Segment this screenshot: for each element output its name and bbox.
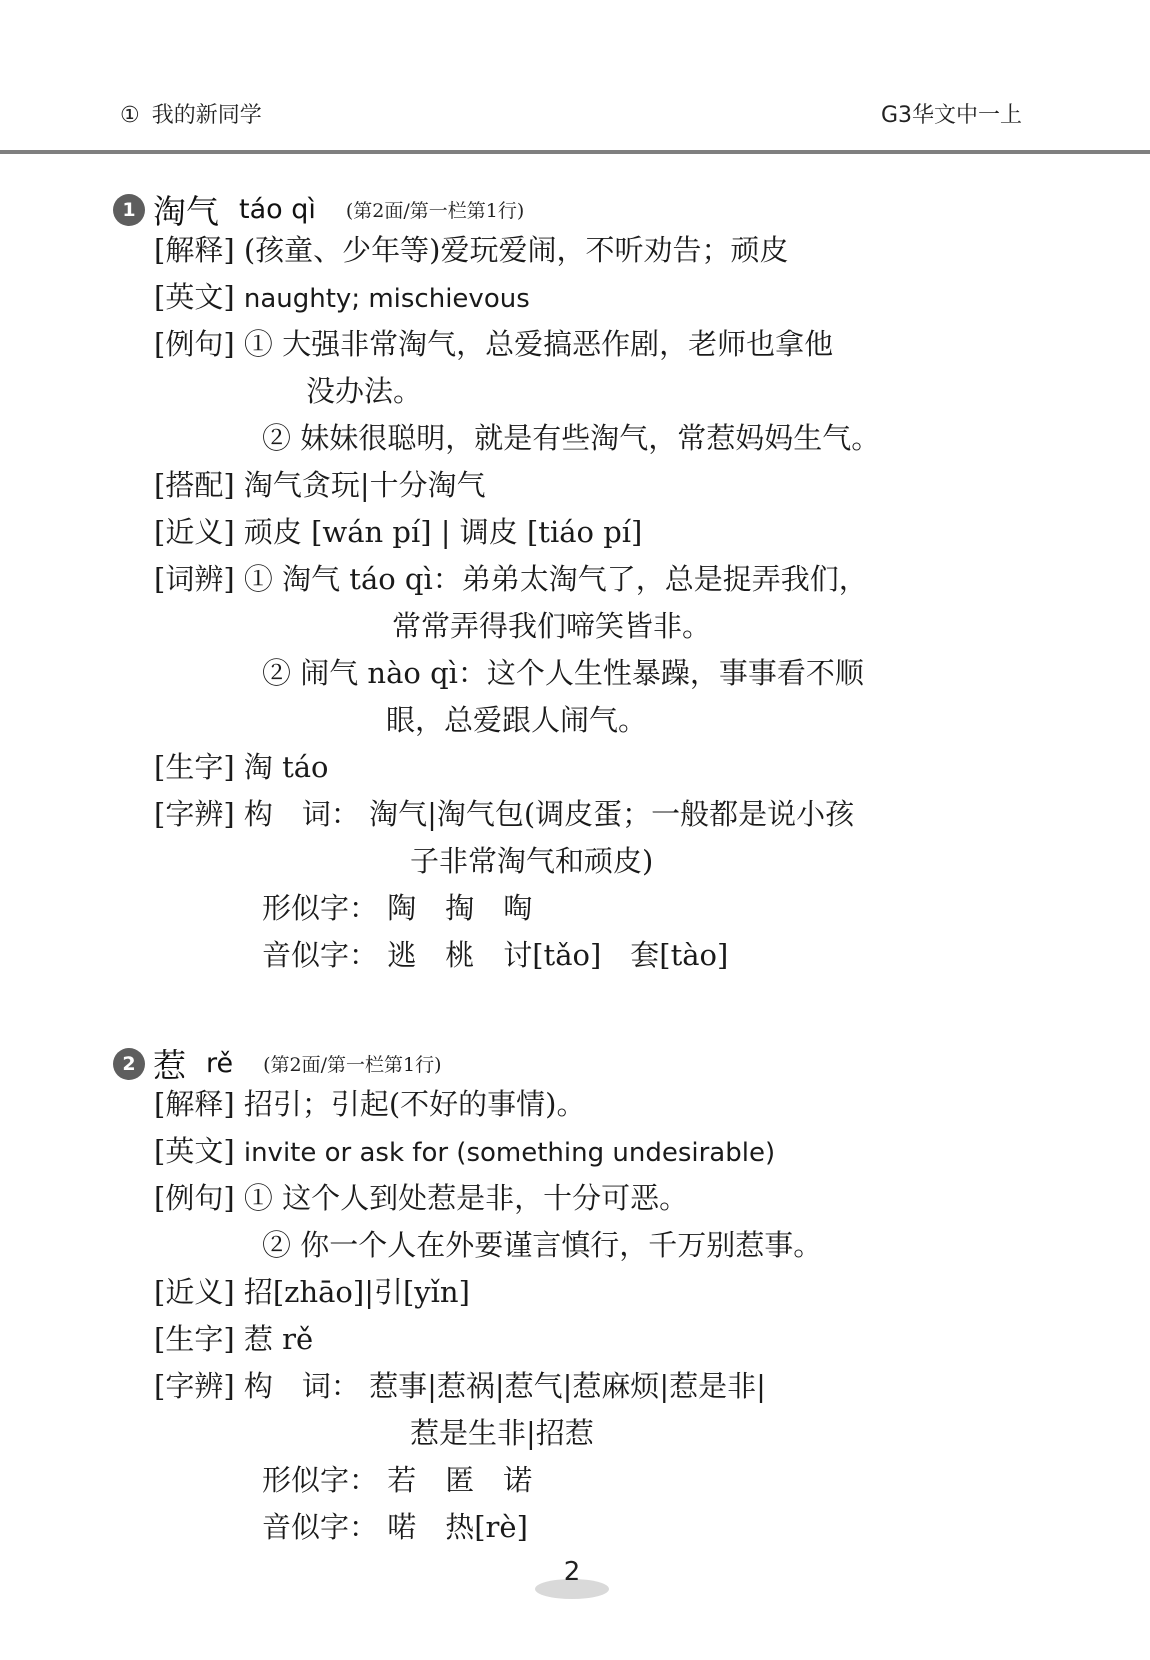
english-label: [英文] (154, 1137, 235, 1166)
new-char-row: [生字] 淘 táo (154, 753, 328, 782)
page-number: 2 (555, 1557, 589, 1587)
word-building-text: 淘气|淘气包(调皮蛋；一般都是说小孩 (369, 797, 854, 831)
similar-form-label: 形似字： (262, 1463, 378, 1497)
similar-form-text: 陶 掏 啕 (387, 891, 532, 925)
similar-sound-row: 音似字： 逃 桃 讨[tǎo] 套[tào] (262, 941, 728, 970)
example-sentence: ① 这个人到处惹是非，十分可恶。 (244, 1181, 688, 1215)
examples-row: [例句] ① 这个人到处惹是非，十分可恶。 (154, 1184, 688, 1213)
word-building-label: 构 词： (244, 1369, 360, 1403)
char-analysis-label: [字辨] (154, 1372, 235, 1401)
synonyms-row: [近义] 顽皮 [wán pí] | 调皮 [tiáo pí] (154, 518, 642, 547)
distinction-text-continued: 眼，总爱跟人闹气。 (386, 706, 647, 735)
char-analysis-row: [字辨] 构 词： 淘气|淘气包(调皮蛋；一般都是说小孩 (154, 800, 854, 829)
distinction-label: [词辨] (154, 565, 235, 594)
definition-row: [解释] (孩童、少年等)爱玩爱闹，不听劝告；顽皮 (154, 236, 789, 265)
english-text: invite or ask for (something undesirable… (244, 1138, 775, 1168)
entry-number-badge: 2 (113, 1048, 145, 1080)
synonyms-text: 招[zhāo]|引[yǐn] (244, 1275, 470, 1309)
example-sentence: ② 你一个人在外要谨言慎行，千万别惹事。 (262, 1231, 822, 1260)
new-char-row: [生字] 惹 rě (154, 1325, 313, 1354)
similar-form-row: 形似字： 陶 掏 啕 (262, 894, 532, 923)
word-building-label: 构 词： (244, 797, 360, 831)
char-analysis-label: [字辨] (154, 800, 235, 829)
entry-number-badge: 1 (113, 194, 145, 226)
collocation-text: 淘气贪玩|十分淘气 (244, 468, 486, 502)
lesson-number: ① (120, 103, 140, 128)
examples-label: [例句] (154, 1184, 235, 1213)
lesson-title: 我的新同学 (152, 103, 262, 128)
distinction-text: ② 闹气 nào qì：这个人生性暴躁，事事看不顺 (262, 659, 864, 688)
similar-sound-label: 音似字： (262, 1510, 378, 1544)
examples-label: [例句] (154, 330, 235, 359)
entry-word: 淘气 (153, 186, 219, 233)
english-text: naughty; mischievous (244, 284, 530, 314)
definition-row: [解释] 招引；引起(不好的事情)。 (154, 1090, 586, 1119)
similar-form-text: 若 匿 诺 (387, 1463, 532, 1497)
entry-reference: (第2面/第一栏第1行) (263, 1050, 441, 1077)
example-sentence: ② 妹妹很聪明，就是有些淘气，常惹妈妈生气。 (262, 424, 880, 453)
word-building-text-continued: 惹是生非|招惹 (410, 1419, 594, 1448)
synonyms-label: [近义] (154, 518, 235, 547)
new-char-label: [生字] (154, 1325, 235, 1354)
english-row: [英文] invite or ask for (something undesi… (154, 1137, 775, 1166)
collocation-row: [搭配] 淘气贪玩|十分淘气 (154, 471, 486, 500)
definition-label: [解释] (154, 236, 235, 265)
synonyms-label: [近义] (154, 1278, 235, 1307)
distinction-text-continued: 常常弄得我们啼笑皆非。 (392, 612, 711, 641)
entry-title: 2 惹 rě (第2面/第一栏第1行) (113, 1040, 442, 1087)
lesson-header: ①我的新同学 (120, 98, 262, 129)
entry-word: 惹 (153, 1040, 186, 1087)
similar-form-label: 形似字： (262, 891, 378, 925)
definition-text: 招引；引起(不好的事情)。 (244, 1087, 586, 1121)
example-sentence-continued: 没办法。 (306, 377, 422, 406)
english-row: [英文] naughty; mischievous (154, 283, 530, 312)
collocation-label: [搭配] (154, 471, 235, 500)
definition-text: (孩童、少年等)爱玩爱闹，不听劝告；顽皮 (244, 233, 789, 267)
definition-label: [解释] (154, 1090, 235, 1119)
entry-reference: (第2面/第一栏第1行) (346, 196, 524, 223)
examples-row: [例句] ① 大强非常淘气，总爱搞恶作剧，老师也拿他 (154, 330, 833, 359)
similar-form-row: 形似字： 若 匿 诺 (262, 1466, 532, 1495)
distinction-row: [词辨] ① 淘气 táo qì：弟弟太淘气了，总是捉弄我们， (154, 565, 868, 594)
similar-sound-text: 喏 热[rè] (387, 1510, 528, 1544)
header-divider (0, 150, 1150, 154)
synonyms-text: 顽皮 [wán pí] | 调皮 [tiáo pí] (244, 515, 642, 549)
similar-sound-text: 逃 桃 讨[tǎo] 套[tào] (387, 938, 728, 972)
similar-sound-row: 音似字： 喏 热[rè] (262, 1513, 528, 1542)
similar-sound-label: 音似字： (262, 938, 378, 972)
english-label: [英文] (154, 283, 235, 312)
word-building-text-continued: 子非常淘气和顽皮) (410, 847, 653, 876)
word-building-text: 惹事|惹祸|惹气|惹麻烦|惹是非| (369, 1369, 766, 1403)
synonyms-row: [近义] 招[zhāo]|引[yǐn] (154, 1278, 470, 1307)
example-sentence: ① 大强非常淘气，总爱搞恶作剧，老师也拿他 (244, 327, 833, 361)
entry-pinyin: rě (206, 1048, 233, 1079)
new-char-label: [生字] (154, 753, 235, 782)
char-analysis-row: [字辨] 构 词： 惹事|惹祸|惹气|惹麻烦|惹是非| (154, 1372, 766, 1401)
book-code: G3华文中一上 (881, 98, 1022, 129)
new-char-text: 淘 táo (244, 750, 329, 784)
new-char-text: 惹 rě (244, 1322, 313, 1356)
distinction-text: ① 淘气 táo qì：弟弟太淘气了，总是捉弄我们， (244, 562, 868, 596)
entry-title: 1 淘气 táo qì (第2面/第一栏第1行) (113, 186, 524, 233)
entry-pinyin: táo qì (239, 194, 316, 225)
